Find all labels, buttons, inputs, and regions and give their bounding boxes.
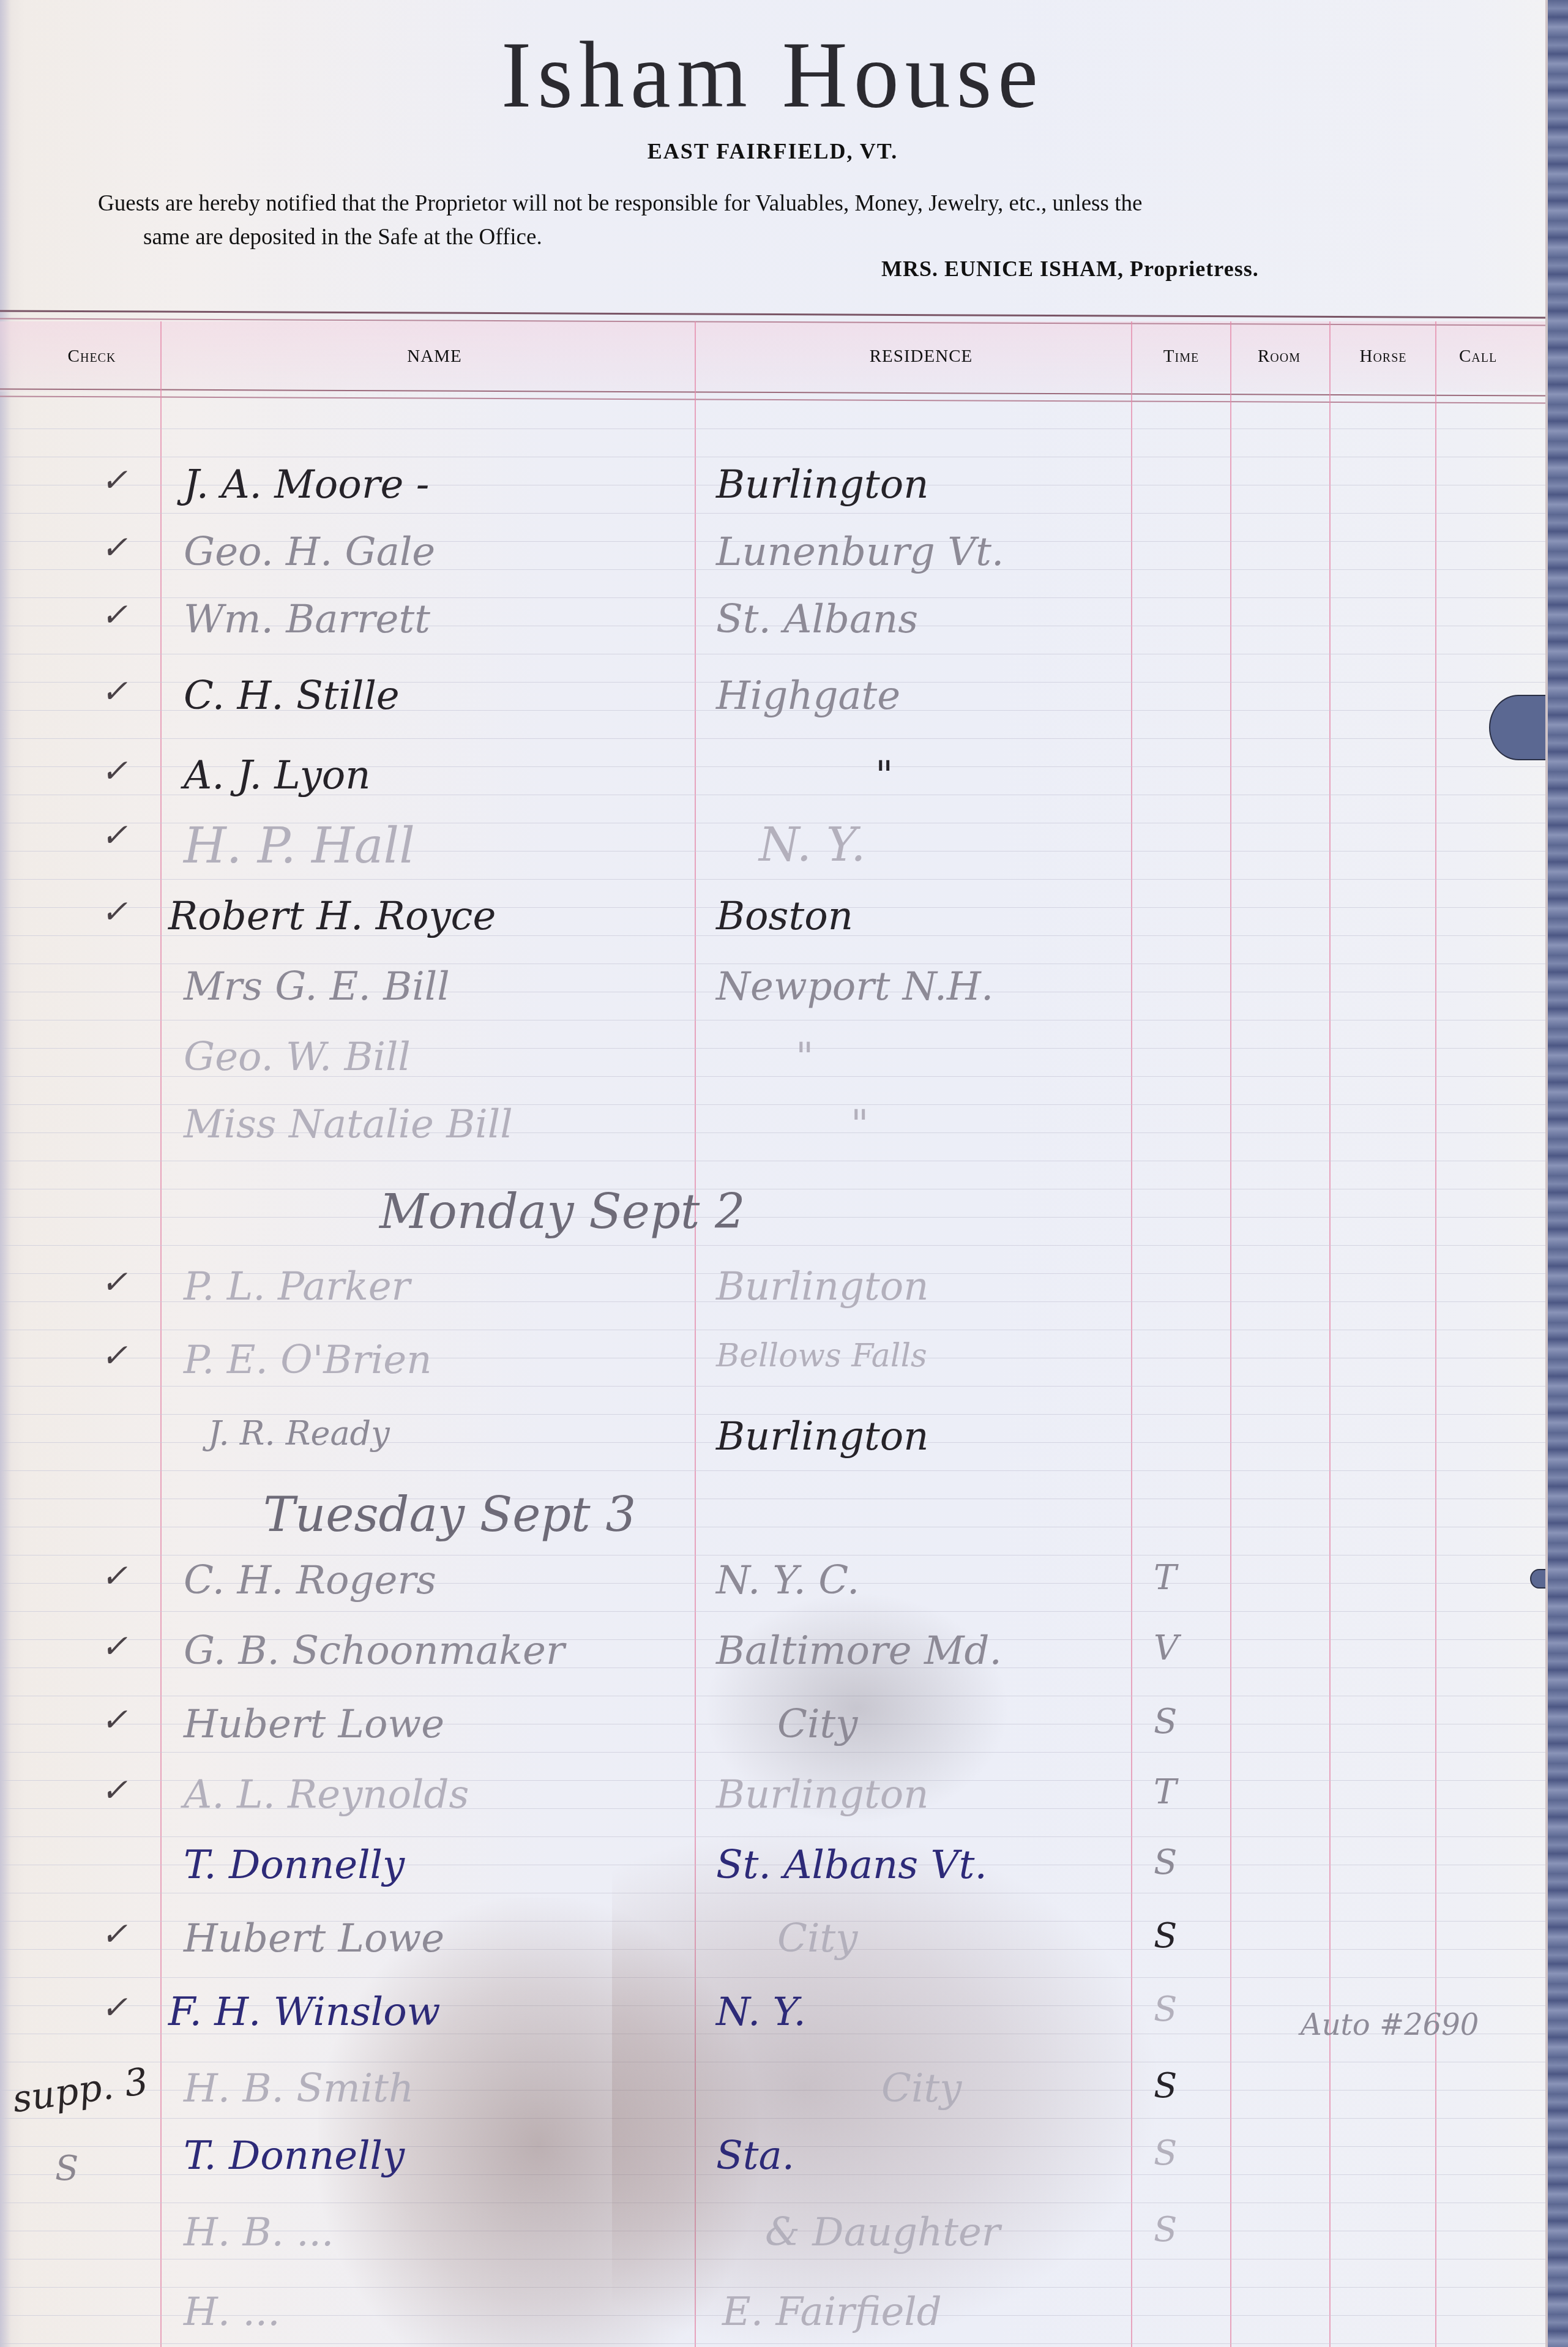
hotel-location: EAST FAIRFIELD, VT. — [0, 138, 1545, 164]
ruled-line — [0, 2062, 1545, 2062]
time-mark: S — [1154, 2133, 1177, 2173]
book-spine — [1545, 0, 1568, 2347]
time-mark: S — [1154, 1916, 1177, 1956]
register-row: ✓ Geo. H. Gale Lunenburg Vt. — [0, 530, 1545, 578]
guest-name: Miss Natalie Bill — [184, 1102, 513, 1147]
register-row: ✓ Wm. Barrett St. Albans — [0, 597, 1545, 646]
column-header-residence: RESIDENCE — [814, 346, 1028, 367]
ruled-line — [0, 1330, 1545, 1330]
time-mark: S — [1154, 2210, 1177, 2250]
guest-residence: Burlington — [716, 462, 928, 507]
guest-name: F. H. Winslow — [168, 1990, 441, 2035]
guest-name: T. Donnelly — [184, 2133, 405, 2179]
register-row: ✓ C. H. Rogers N. Y. C. T — [0, 1558, 1545, 1607]
margin-note-lower: S — [55, 2149, 78, 2188]
ruled-line — [0, 429, 1545, 429]
register-row: H. ... E. Fairfield — [0, 2289, 1545, 2338]
register-row: ✓ Hubert Lowe City S — [0, 1702, 1545, 1751]
register-row: T. Donnelly Sta. S — [0, 2133, 1545, 2182]
check-mark: ✓ — [101, 673, 128, 710]
guest-residence: Bellows Falls — [716, 1338, 927, 1374]
register-row: ✓ Hubert Lowe City S — [0, 1916, 1545, 1965]
guest-residence: Boston — [716, 894, 853, 939]
date-heading: Tuesday Sept 3 — [263, 1488, 636, 1543]
guest-name: C. H. Rogers — [184, 1558, 436, 1603]
check-mark: ✓ — [101, 894, 128, 930]
guest-name: H. ... — [184, 2289, 280, 2335]
register-row: ✓ A. L. Reynolds Burlington T — [0, 1772, 1545, 1821]
ruled-line — [0, 2259, 1545, 2259]
time-mark: S — [1154, 2066, 1177, 2106]
guest-residence: Burlington — [716, 1264, 928, 1309]
guest-name: A. L. Reynolds — [184, 1772, 469, 1817]
ruled-line — [0, 1499, 1545, 1499]
hotel-title: Isham House — [0, 21, 1545, 130]
notice-line-1: Guests are hereby notified that the Prop… — [98, 191, 1142, 216]
guest-residence: City — [777, 1916, 857, 1961]
guest-residence: St. Albans Vt. — [716, 1843, 987, 1888]
time-mark: S — [1154, 1843, 1177, 1882]
register-row: ✓ P. E. O'Brien Bellows Falls — [0, 1338, 1545, 1387]
ruled-line — [0, 1527, 1545, 1527]
guest-name: J. A. Moore - — [184, 462, 429, 507]
guest-residence: & Daughter — [765, 2210, 1000, 2255]
valuables-notice: Guests are hereby notified that the Prop… — [98, 187, 1444, 254]
check-mark: ✓ — [101, 530, 128, 566]
guest-residence: Sta. — [716, 2133, 794, 2179]
register-row: ✓ P. L. Parker Burlington — [0, 1264, 1545, 1313]
time-mark: S — [1154, 1990, 1177, 2029]
register-row: ✓ C. H. Stille Highgate — [0, 673, 1545, 722]
guest-residence: Highgate — [716, 673, 900, 719]
check-mark: ✓ — [101, 1264, 128, 1301]
register-row: Miss Natalie Bill " — [0, 1102, 1545, 1151]
column-header-call: Call — [1441, 346, 1515, 367]
guest-name: A. J. Lyon — [184, 753, 371, 798]
guest-name: Geo. H. Gale — [184, 530, 435, 575]
register-row: ✓ A. J. Lyon " — [0, 753, 1545, 802]
check-mark: ✓ — [101, 1916, 128, 1953]
check-mark: ✓ — [101, 753, 128, 790]
ruled-line — [0, 879, 1545, 880]
register-row: Geo. W. Bill " — [0, 1035, 1545, 1084]
register-row: ✓ H. P. Hall N. Y. — [0, 817, 1545, 866]
register-row: H. B. ... & Daughter S — [0, 2210, 1545, 2259]
guest-name: Hubert Lowe — [184, 1916, 444, 1961]
ruled-line — [0, 654, 1545, 654]
guest-residence: " — [796, 1035, 813, 1080]
column-header-name: NAME — [367, 346, 502, 367]
register-row: J. R. Ready Burlington — [0, 1414, 1545, 1463]
check-mark: ✓ — [101, 817, 128, 854]
column-header-time: Time — [1144, 346, 1218, 367]
guest-name: Wm. Barrett — [184, 597, 430, 642]
check-mark: ✓ — [101, 1772, 128, 1809]
date-heading: Monday Sept 2 — [379, 1185, 745, 1240]
guest-name: Geo. W. Bill — [184, 1035, 411, 1080]
guest-residence: N. Y. C. — [716, 1558, 859, 1603]
register-page: Isham House EAST FAIRFIELD, VT. Guests a… — [0, 0, 1545, 2347]
guest-residence: Burlington — [716, 1414, 928, 1459]
register-row: ✓ Robert H. Royce Boston — [0, 894, 1545, 943]
time-mark: V — [1154, 1628, 1178, 1668]
guest-residence: E. Fairfield — [722, 2289, 942, 2335]
guest-residence: Burlington — [716, 1772, 928, 1817]
check-mark: ✓ — [101, 1990, 128, 2026]
ruled-line — [0, 1696, 1545, 1696]
guest-name: C. H. Stille — [184, 673, 400, 719]
guest-residence: St. Albans — [716, 597, 918, 642]
guest-residence: Baltimore Md. — [716, 1628, 1002, 1674]
ruled-line — [0, 2343, 1545, 2344]
ruled-line — [0, 1752, 1545, 1753]
ruled-line — [0, 1977, 1545, 1978]
guest-residence: " — [851, 1102, 868, 1147]
ruled-line — [0, 457, 1545, 457]
ruled-line — [0, 513, 1545, 514]
ruled-line — [0, 738, 1545, 739]
guest-residence: Newport N.H. — [716, 964, 993, 1009]
guest-residence: N. Y. — [759, 817, 866, 872]
register-row: Mrs G. E. Bill Newport N.H. — [0, 964, 1545, 1013]
ruled-line — [0, 1189, 1545, 1189]
guest-name: J. R. Ready — [208, 1414, 390, 1453]
column-header-check: Check — [43, 346, 141, 367]
register-row: H. B. Smith City S — [0, 2066, 1545, 2115]
guest-residence: City — [881, 2066, 961, 2111]
time-mark: S — [1154, 1702, 1177, 1742]
ruled-line — [0, 2287, 1545, 2288]
guest-name: H. P. Hall — [184, 817, 415, 874]
guest-name: H. B. ... — [184, 2210, 334, 2255]
guest-residence: N. Y. — [716, 1990, 806, 2035]
ruled-line — [0, 1893, 1545, 1893]
check-mark: ✓ — [101, 1702, 128, 1739]
check-mark: ✓ — [101, 1628, 128, 1665]
guest-residence: Lunenburg Vt. — [716, 530, 1004, 575]
column-header-room: Room — [1239, 346, 1319, 367]
register-row: ✓ J. A. Moore - Burlington — [0, 462, 1545, 511]
guest-name: Mrs G. E. Bill — [184, 964, 450, 1009]
guest-name: G. B. Schoonmaker — [184, 1628, 565, 1674]
check-mark: ✓ — [101, 462, 128, 499]
register-row: T. Donnelly St. Albans Vt. S — [0, 1843, 1545, 1892]
column-header-horse: Horse — [1337, 346, 1429, 367]
ruled-line — [0, 1611, 1545, 1612]
ruled-line — [0, 2118, 1545, 2119]
ruled-line — [0, 1161, 1545, 1161]
check-mark: ✓ — [101, 1558, 128, 1595]
ruled-line — [0, 1836, 1545, 1837]
register-row: ✓ G. B. Schoonmaker Baltimore Md. V — [0, 1628, 1545, 1677]
guest-name: Hubert Lowe — [184, 1702, 444, 1747]
ruled-line — [0, 1555, 1545, 1555]
guest-residence: " — [875, 753, 893, 798]
guest-name: P. L. Parker — [184, 1264, 410, 1309]
check-mark: ✓ — [101, 597, 128, 634]
ruled-line — [0, 1470, 1545, 1471]
check-mark: ✓ — [101, 1338, 128, 1374]
guest-name: Robert H. Royce — [168, 894, 496, 939]
proprietress-line: MRS. EUNICE ISHAM, Proprietress. — [881, 256, 1259, 282]
time-mark: T — [1154, 1558, 1176, 1598]
ruled-line — [0, 1020, 1545, 1020]
ruled-line — [0, 1245, 1545, 1246]
guest-residence: City — [777, 1702, 857, 1747]
ruled-line — [0, 1217, 1545, 1218]
margin-note-auto: Auto #2690 — [1301, 2008, 1479, 2042]
ruled-line — [0, 2203, 1545, 2203]
notice-line-2: same are deposited in the Safe at the Of… — [98, 220, 1444, 254]
guest-name: H. B. Smith — [184, 2066, 414, 2111]
guest-name: P. E. O'Brien — [184, 1338, 431, 1383]
time-mark: T — [1154, 1772, 1176, 1812]
guest-name: T. Donnelly — [184, 1843, 405, 1888]
water-stain — [318, 1898, 759, 2347]
